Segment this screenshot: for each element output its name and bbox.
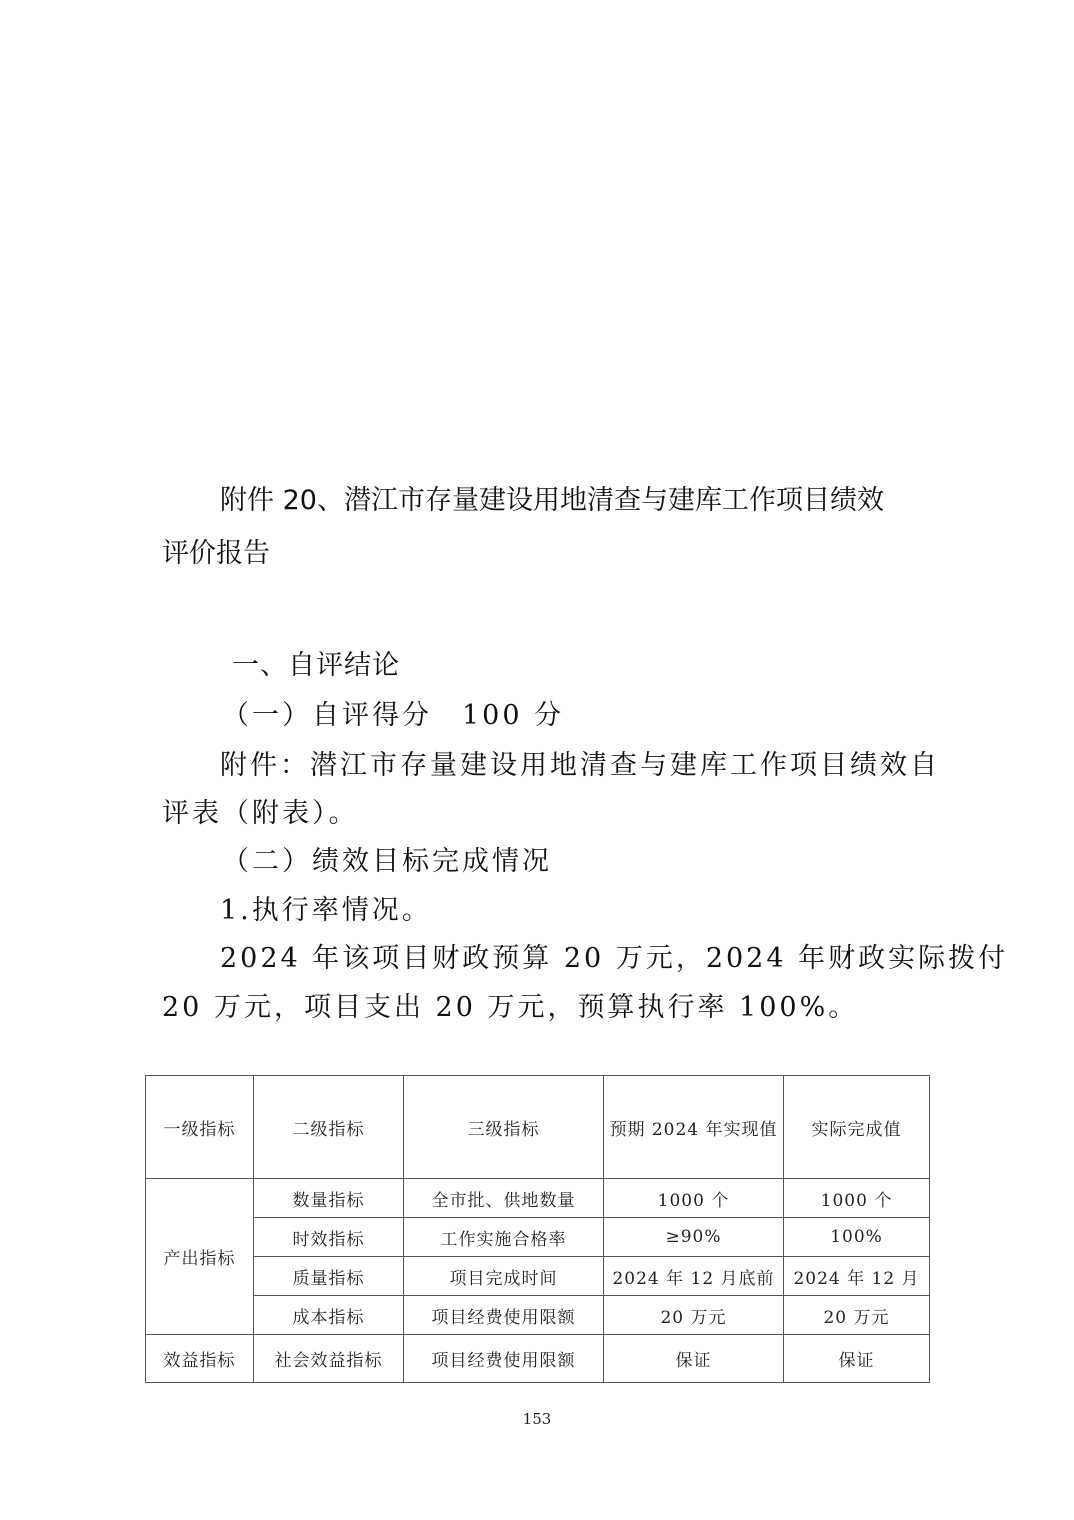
header-level2: 二级指标: [254, 1076, 404, 1179]
budget-paragraph-line-1: 2024 年该项目财政预算 20 万元，2024 年财政实际拨付: [220, 943, 1008, 975]
table-row: 质量指标 项目完成时间 2024 年 12 月底前 2024 年 12 月: [146, 1257, 930, 1296]
cell-actual: 1000 个: [784, 1179, 930, 1218]
title-line-1: 附件 20、潜江市存量建设用地清查与建库工作项目绩效: [162, 474, 922, 527]
title-line-2: 评价报告: [162, 527, 922, 580]
table-header-row: 一级指标 二级指标 三级指标 预期 2024 年实现值 实际完成值: [146, 1076, 930, 1179]
goal-completion-heading: （二）绩效目标完成情况: [222, 846, 552, 878]
table-row: 产出指标 数量指标 全市批、供地数量 1000 个 1000 个: [146, 1179, 930, 1218]
cell-level2: 质量指标: [254, 1257, 404, 1296]
document-page: 附件 20、潜江市存量建设用地清查与建库工作项目绩效 评价报告 一、自评结论 （…: [0, 0, 1074, 1520]
cell-level2: 时效指标: [254, 1218, 404, 1257]
table-row: 成本指标 项目经费使用限额 20 万元 20 万元: [146, 1296, 930, 1335]
section-heading: 一、自评结论: [232, 650, 400, 682]
cell-level2: 社会效益指标: [254, 1335, 404, 1383]
cell-level2: 数量指标: [254, 1179, 404, 1218]
header-level1: 一级指标: [146, 1076, 254, 1179]
header-actual: 实际完成值: [784, 1076, 930, 1179]
level1-benefit: 效益指标: [146, 1335, 254, 1383]
cell-actual: 100%: [784, 1218, 930, 1257]
self-score-heading: （一）自评得分 100 分: [222, 700, 564, 732]
cell-expected: ≥90%: [604, 1218, 784, 1257]
performance-indicator-table: 一级指标 二级指标 三级指标 预期 2024 年实现值 实际完成值 产出指标 数…: [145, 1075, 930, 1383]
cell-expected: 20 万元: [604, 1296, 784, 1335]
cell-level3: 全市批、供地数量: [404, 1179, 604, 1218]
attachment-line-2: 评表（附表）。: [162, 798, 359, 830]
level1-output: 产出指标: [146, 1179, 254, 1335]
cell-expected: 保证: [604, 1335, 784, 1383]
header-level3: 三级指标: [404, 1076, 604, 1179]
cell-level3: 工作实施合格率: [404, 1218, 604, 1257]
title-text-1: 附件 20、潜江市存量建设用地清查与建库工作项目绩效: [220, 485, 884, 516]
cell-level3: 项目经费使用限额: [404, 1335, 604, 1383]
document-title: 附件 20、潜江市存量建设用地清查与建库工作项目绩效 评价报告: [162, 474, 922, 580]
header-expected: 预期 2024 年实现值: [604, 1076, 784, 1179]
cell-level2: 成本指标: [254, 1296, 404, 1335]
page-number: 153: [0, 1410, 1074, 1428]
cell-expected: 1000 个: [604, 1179, 784, 1218]
budget-paragraph-line-2: 20 万元，项目支出 20 万元，预算执行率 100%。: [162, 992, 858, 1024]
cell-level3: 项目经费使用限额: [404, 1296, 604, 1335]
cell-level3: 项目完成时间: [404, 1257, 604, 1296]
cell-actual: 2024 年 12 月: [784, 1257, 930, 1296]
table-row: 效益指标 社会效益指标 项目经费使用限额 保证 保证: [146, 1335, 930, 1383]
execution-rate-heading: 1.执行率情况。: [220, 895, 432, 927]
cell-actual: 20 万元: [784, 1296, 930, 1335]
cell-actual: 保证: [784, 1335, 930, 1383]
table-row: 时效指标 工作实施合格率 ≥90% 100%: [146, 1218, 930, 1257]
cell-expected: 2024 年 12 月底前: [604, 1257, 784, 1296]
attachment-line-1: 附件：潜江市存量建设用地清查与建库工作项目绩效自: [220, 750, 940, 782]
